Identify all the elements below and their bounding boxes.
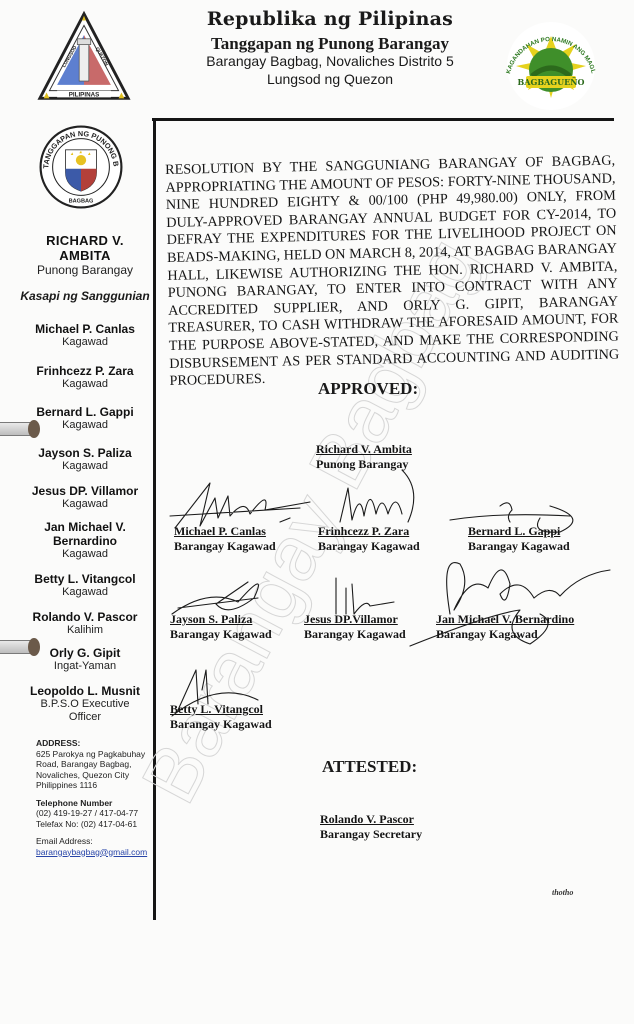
member-name: Jan Michael V. Bernardino	[35, 520, 135, 548]
header-barangay: Barangay Bagbag, Novaliches Distrito 5	[176, 53, 484, 69]
svg-text:PILIPINAS: PILIPINAS	[69, 91, 99, 98]
signature-zara-icon	[330, 470, 420, 530]
attester-name: Rolando V. Pascor	[320, 812, 422, 827]
member-role: Kagawad	[20, 336, 150, 349]
captain-name: RICHARD V. AMBITA	[20, 233, 150, 263]
sidebar-divider	[153, 118, 156, 920]
member-role: Kagawad	[20, 378, 150, 391]
sidebar-member: Jesus DP. VillamorKagawad	[20, 484, 150, 511]
sidebar-member: Rolando V. PascorKalihim	[20, 610, 150, 637]
member-name: Rolando V. Pascor	[20, 610, 150, 624]
member-name: Bernard L. Gappi	[20, 405, 150, 419]
telephone-number: (02) 419-19-27 / 417-04-77	[36, 808, 152, 819]
member-name: Leopoldo L. Musnit	[20, 684, 150, 698]
sidebar-member: Michael P. CanlasKagawad	[20, 322, 150, 349]
email-label: Email Address:	[36, 836, 152, 847]
member-role: B.P.S.O Executive Officer	[35, 698, 135, 724]
members-label: Kasapi ng Sanggunian	[20, 289, 150, 303]
signature-gappi-icon	[440, 498, 590, 538]
signatory-role: Barangay Kagawad	[170, 627, 272, 642]
quezon-city-seal-icon: PILIPINAS LUNGSOD QUEZON	[36, 10, 132, 106]
signatory-name: Jesus DP.Villamor	[304, 612, 406, 627]
attester-role: Barangay Secretary	[320, 827, 422, 842]
header-office: Tanggapan ng Punong Barangay	[180, 34, 480, 54]
signature-bernardino-icon	[410, 554, 610, 654]
member-name: Frinhcezz P. Zara	[20, 364, 150, 378]
resolution-text: RESOLUTION BY THE SANGGUNIANG BARANGAY O…	[165, 153, 620, 391]
attested-heading: ATTESTED:	[322, 757, 417, 777]
contact-info: ADDRESS: 625 Parokya ng Pagkabuhay Road,…	[36, 738, 152, 864]
telephone-label: Telephone Number	[36, 798, 152, 809]
approved-heading: APPROVED:	[318, 379, 418, 399]
sidebar-member: Jayson S. PalizaKagawad	[20, 446, 150, 473]
signature-paliza-icon	[168, 568, 278, 618]
initials: thotho	[552, 888, 573, 897]
header-divider	[152, 118, 614, 121]
address-text: 625 Parokya ng Pagkabuhay Road, Barangay…	[36, 749, 152, 791]
signatory-block: Jesus DP.VillamorBarangay Kagawad	[304, 612, 406, 642]
svg-text:BAGBAGUEÑO: BAGBAGUEÑO	[518, 77, 585, 87]
member-role: Ingat-Yaman	[20, 660, 150, 673]
signatory-role: Barangay Kagawad	[304, 627, 406, 642]
approver-block: Richard V. Ambita Punong Barangay	[316, 442, 412, 472]
svg-text:BAGBAG: BAGBAG	[69, 198, 94, 204]
email-link[interactable]: barangaybagbag@gmail.com	[36, 847, 147, 857]
sidebar-member: Leopoldo L. MusnitB.P.S.O Executive Offi…	[20, 684, 150, 724]
header-city: Lungsod ng Quezon	[180, 71, 480, 87]
member-name: Orly G. Gipit	[20, 646, 150, 660]
sidebar-captain: RICHARD V. AMBITA Punong Barangay	[20, 233, 150, 277]
signature-canlas-icon	[170, 478, 320, 538]
sidebar-member: Orly G. GipitIngat-Yaman	[20, 646, 150, 673]
member-role: Kagawad	[20, 498, 150, 511]
signatory-role: Barangay Kagawad	[318, 539, 420, 554]
signatory-role: Barangay Kagawad	[468, 539, 570, 554]
approver-name: Richard V. Ambita	[316, 442, 412, 457]
member-role: Kalihim	[20, 624, 150, 637]
bagbagueno-logo-icon: BAGBAGUEÑO KAGANDAHAN PO NAMIN ANG MAGLI…	[496, 14, 606, 118]
member-role: Kagawad	[20, 586, 150, 599]
sidebar-member: Jan Michael V. BernardinoKagawad	[20, 520, 150, 561]
header-republic: Republika ng Pilipinas	[180, 8, 480, 30]
member-name: Michael P. Canlas	[20, 322, 150, 336]
sidebar-member: Frinhcezz P. ZaraKagawad	[20, 364, 150, 391]
sidebar-member: Betty L. VitangcolKagawad	[20, 572, 150, 599]
attester-block: Rolando V. Pascor Barangay Secretary	[320, 812, 422, 842]
captain-role: Punong Barangay	[20, 263, 150, 277]
barangay-seal-icon: TANGGAPAN NG PUNONG BARANGAY BAGBAG	[38, 124, 124, 210]
signature-vitangcol-icon	[168, 660, 268, 720]
member-role: Kagawad	[20, 419, 150, 432]
sidebar-member: Bernard L. GappiKagawad	[20, 405, 150, 432]
member-role: Kagawad	[20, 548, 150, 561]
telefax-number: Telefax No: (02) 417-04-61	[36, 819, 152, 830]
member-name: Betty L. Vitangcol	[20, 572, 150, 586]
signature-villamor-icon	[330, 574, 400, 614]
address-label: ADDRESS:	[36, 738, 152, 749]
member-role: Kagawad	[20, 460, 150, 473]
signatory-role: Barangay Kagawad	[174, 539, 276, 554]
member-name: Jesus DP. Villamor	[20, 484, 150, 498]
member-name: Jayson S. Paliza	[20, 446, 150, 460]
